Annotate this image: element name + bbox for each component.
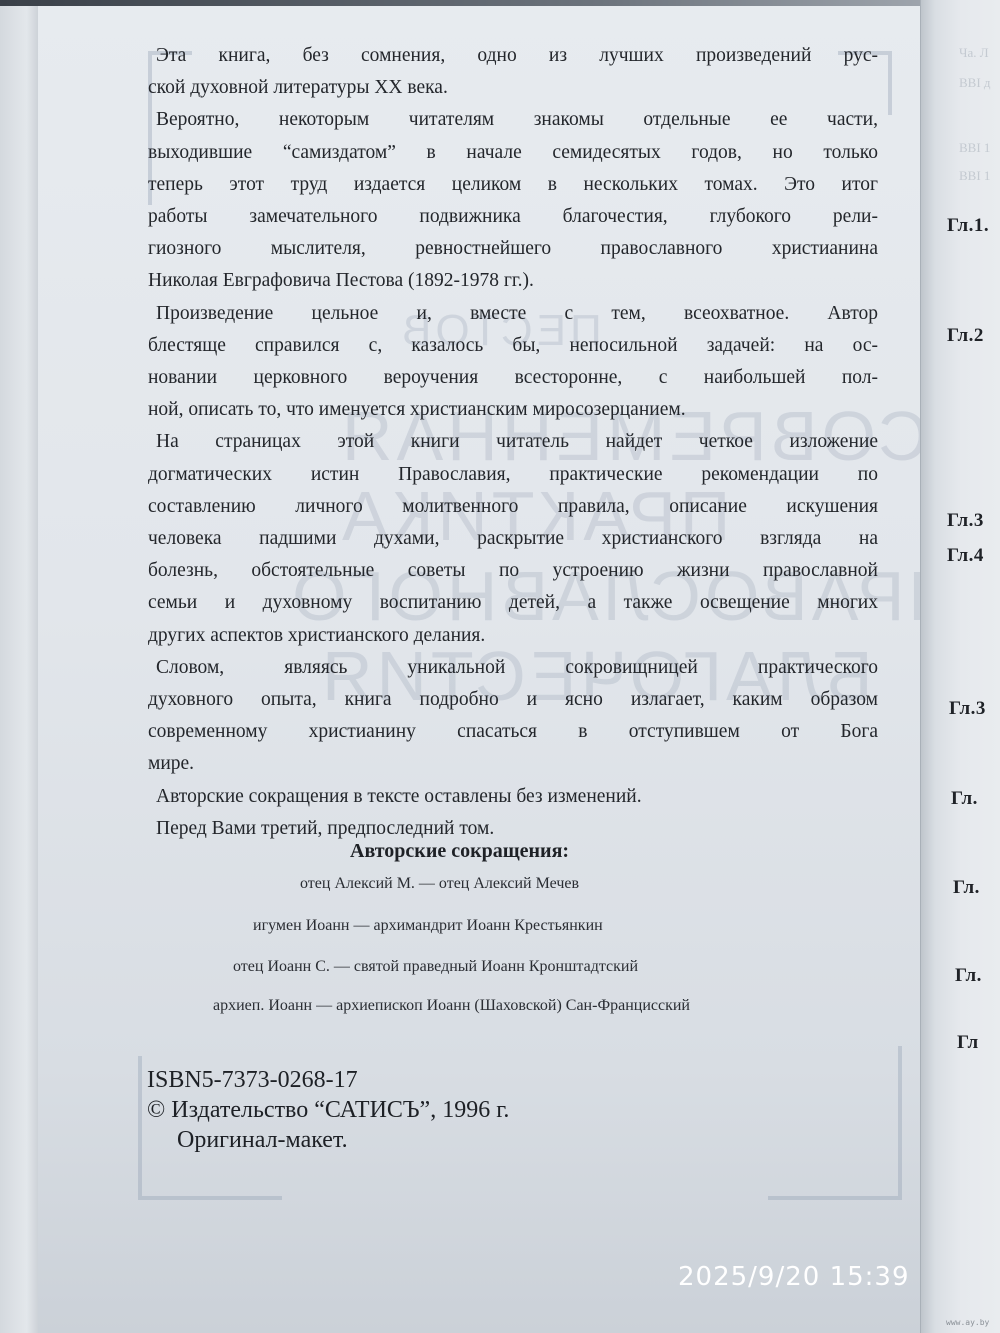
- text-line: ской духовной литературы XX века.: [148, 72, 878, 104]
- text-line: мире.: [148, 748, 878, 780]
- chapter-label: Гл.2: [947, 325, 984, 347]
- paragraph-2: Вероятно, некоторым читателям знакомы от…: [148, 104, 878, 297]
- text-line: Произведение цельное и, вместе с тем, вс…: [148, 298, 878, 330]
- colophon: ISBN5-7373-0268-17 © Издательство “САТИС…: [147, 1065, 509, 1155]
- chapter-label: Гл.4: [947, 545, 984, 567]
- chapter-label: Гл.3: [947, 510, 984, 532]
- paragraph-5: Словом, являясь уникальной сокровищницей…: [148, 652, 878, 781]
- site-watermark: www.ay.by: [946, 1318, 989, 1327]
- text-line: Вероятно, некоторым читателям знакомы от…: [148, 104, 878, 136]
- abbreviation-item: игумен Иоанн — архимандрит Иоанн Крестья…: [253, 917, 603, 935]
- text-line: Авторские сокращения в тексте оставлены …: [148, 781, 878, 813]
- text-line: новании церковного вероучения всесторонн…: [148, 362, 878, 394]
- chapter-label: Гл.: [953, 877, 980, 899]
- chapter-label: Гл.: [951, 788, 978, 810]
- abbreviation-item: отец Иоанн С. — святой праведный Иоанн К…: [233, 958, 638, 976]
- text-line: Эта книга, без сомнения, одно из лучших …: [148, 40, 878, 72]
- text-line: человека падшими духами, раскрытие христ…: [148, 523, 878, 555]
- text-line: других аспектов христианского делания.: [148, 620, 878, 652]
- text-line: современному христианину спасаться в отс…: [148, 716, 878, 748]
- isbn: ISBN5-7373-0268-17: [147, 1065, 509, 1095]
- text-line: семьи и духовному воспитанию детей, а та…: [148, 587, 878, 619]
- bleed-through-text: Ча. Л: [959, 45, 989, 61]
- chapter-label: Гл.: [955, 965, 982, 987]
- bleed-through-text: ВВI д: [959, 75, 991, 91]
- text-line: гиозного мыслителя, ревностнейшего право…: [148, 233, 878, 265]
- chapter-label: Гл.3: [949, 698, 986, 720]
- text-line: блестяще справился с, казалось бы, непос…: [148, 330, 878, 362]
- paragraph-1: Эта книга, без сомнения, одно из лучших …: [148, 40, 878, 104]
- abbreviation-item: архиеп. Иоанн — архиепископ Иоанн (Шахов…: [213, 997, 690, 1015]
- text-line: духовного опыта, книга подробно и ясно и…: [148, 684, 878, 716]
- text-line: болезнь, обстоятельные советы по устроен…: [148, 555, 878, 587]
- chapter-label: Гл: [957, 1032, 979, 1054]
- layout-note: Оригинал-макет.: [147, 1125, 509, 1155]
- text-line: догматических истин Православия, практич…: [148, 459, 878, 491]
- text-line: теперь этот труд издается целиком в неск…: [148, 169, 878, 201]
- text-line: На страницах этой книги читатель найдет …: [148, 426, 878, 458]
- publisher-copyright: © Издательство “САТИСЪ”, 1996 г.: [147, 1095, 509, 1125]
- bleed-through-text: ВВI 1: [959, 168, 990, 184]
- paragraph-6: Авторские сокращения в тексте оставлены …: [148, 781, 878, 813]
- bleed-through-text: ВВI 1: [959, 140, 990, 156]
- text-line: выходившие “самиздатом” в начале семидес…: [148, 137, 878, 169]
- main-text: Эта книга, без сомнения, одно из лучших …: [148, 40, 878, 845]
- abbreviation-item: отец Алексий М. — отец Алексий Мечев: [300, 875, 579, 893]
- text-line: Словом, являясь уникальной сокровищницей…: [148, 652, 878, 684]
- paragraph-4: На страницах этой книги читатель найдет …: [148, 426, 878, 651]
- text-line: работы замечательного подвижника благоче…: [148, 201, 878, 233]
- chapter-label: Гл.1.: [947, 215, 989, 237]
- text-line: ной, описать то, что именуется христианс…: [148, 394, 878, 426]
- paragraph-3: Произведение цельное и, вместе с тем, вс…: [148, 298, 878, 427]
- abbreviations-heading: Авторские сокращения:: [350, 840, 569, 863]
- photo-timestamp: 2025/9/20 15:39: [678, 1262, 910, 1292]
- text-line: Николая Евграфовича Пестова (1892-1978 г…: [148, 265, 878, 297]
- previous-page-edge: [0, 6, 39, 1333]
- facing-page: Ча. Л ВВI д ВВI 1 ВВI 1 Гл.1. Гл.2 Гл.3 …: [920, 0, 1000, 1333]
- ornament-bottom-right-bleed: [768, 1046, 902, 1200]
- text-line: составлению личного молитвенного правила…: [148, 491, 878, 523]
